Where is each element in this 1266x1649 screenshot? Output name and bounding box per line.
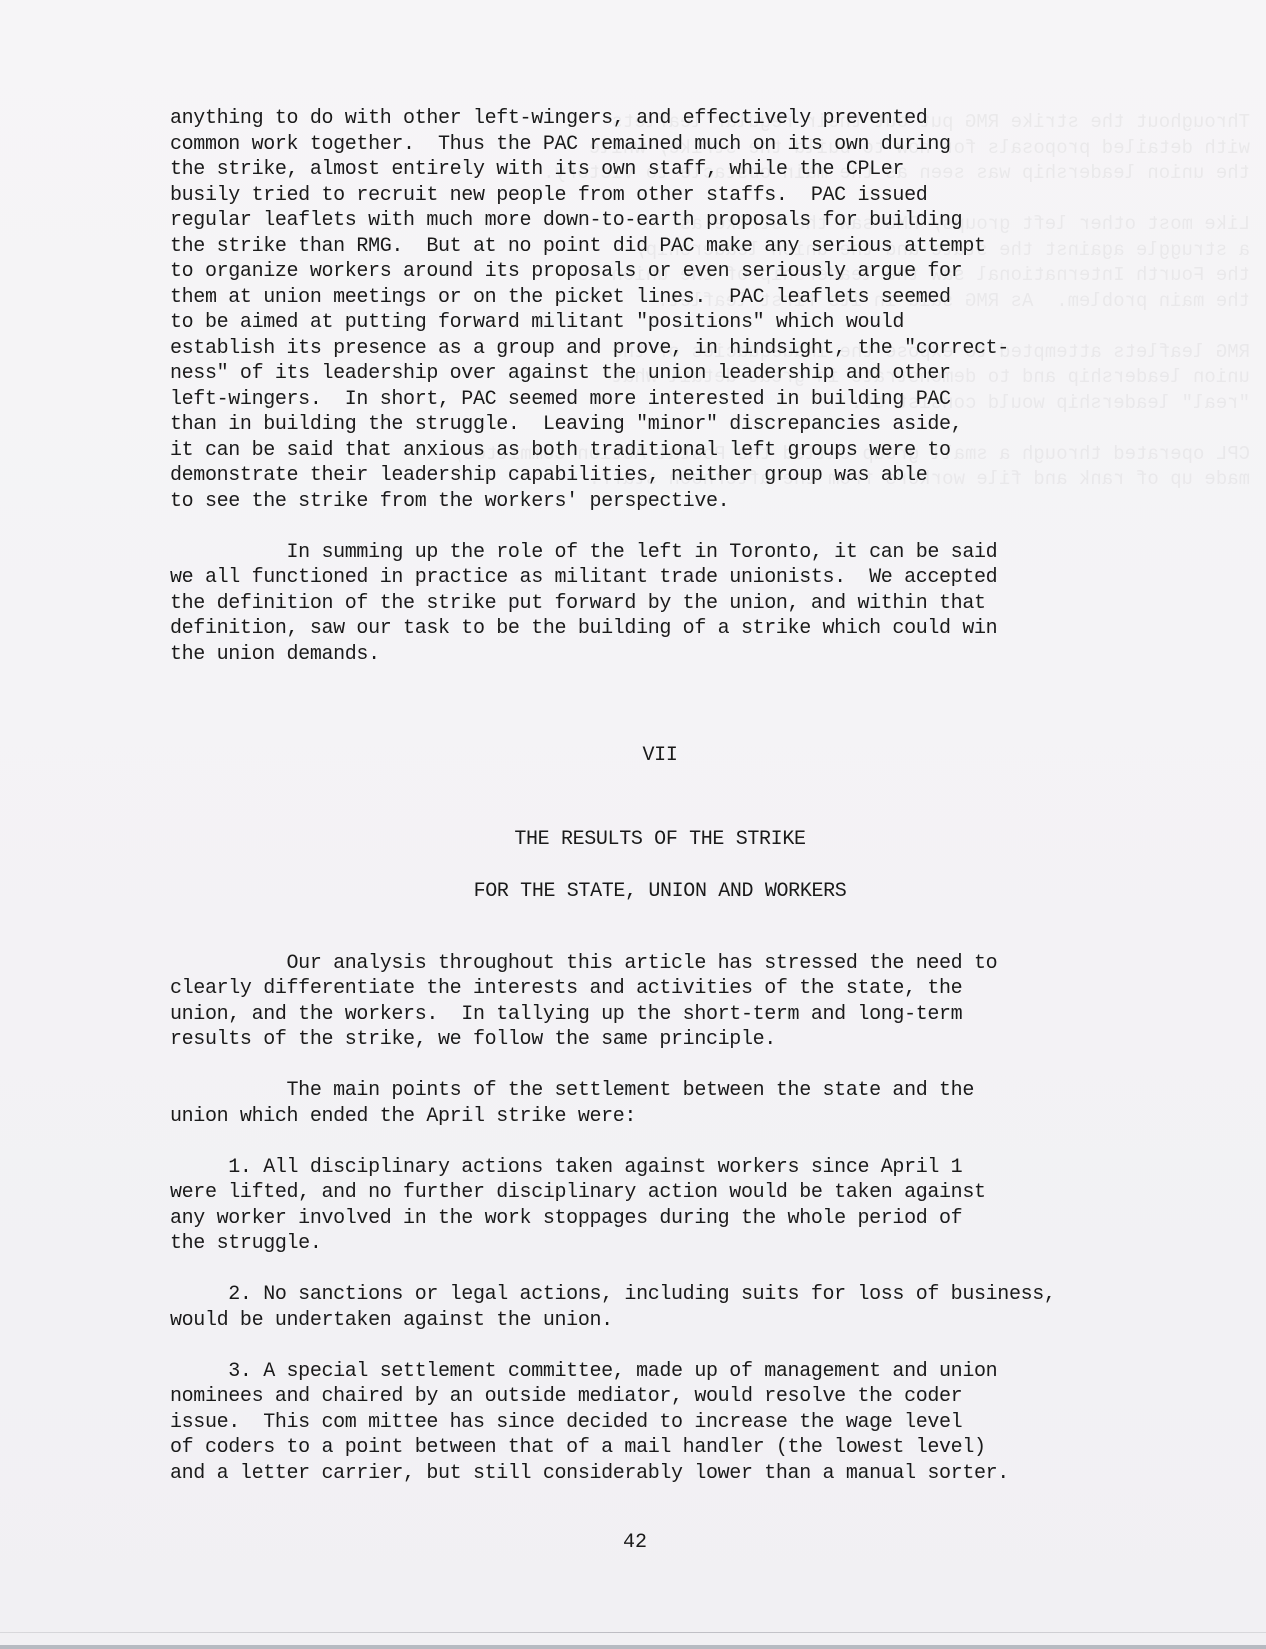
text-line: would be undertaken against the union. xyxy=(170,1308,1170,1334)
text-line: of coders to a point between that of a m… xyxy=(170,1435,1170,1461)
text-line: union, and the workers. In tallying up t… xyxy=(170,1002,1170,1028)
text-line: 3. A special settlement committee, made … xyxy=(170,1359,1170,1385)
paragraph-summing-up: In summing up the role of the left in To… xyxy=(170,540,1170,668)
text-line: the definition of the strike put forward… xyxy=(170,591,1170,617)
text-line: 2. No sanctions or legal actions, includ… xyxy=(170,1282,1170,1308)
section-title: THE RESULTS OF THE STRIKE xyxy=(170,827,1150,853)
settlement-point-3: 3. A special settlement committee, made … xyxy=(170,1359,1170,1487)
text-line: The main points of the settlement betwee… xyxy=(170,1078,1170,1104)
scan-bottom-edge xyxy=(0,1645,1266,1649)
text-line: than in building the struggle. Leaving "… xyxy=(170,412,1170,438)
text-line: and a letter carrier, but still consider… xyxy=(170,1461,1170,1487)
text-line: nominees and chaired by an outside media… xyxy=(170,1384,1170,1410)
text-line: Our analysis throughout this article has… xyxy=(170,951,1170,977)
text-line: the strike than RMG. But at no point did… xyxy=(170,234,1170,260)
text-line: the union demands. xyxy=(170,642,1170,668)
text-line: establish its presence as a group and pr… xyxy=(170,336,1170,362)
text-line: ness" of its leadership over against the… xyxy=(170,361,1170,387)
text-line: the strike, almost entirely with its own… xyxy=(170,157,1170,183)
text-line: 1. All disciplinary actions taken agains… xyxy=(170,1155,1170,1181)
text-line: to see the strike from the workers' pers… xyxy=(170,489,1170,515)
text-line: anything to do with other left-wingers, … xyxy=(170,106,1170,132)
document-body: anything to do with other left-wingers, … xyxy=(170,106,1170,1512)
text-line: to be aimed at putting forward militant … xyxy=(170,310,1170,336)
text-line: it can be said that anxious as both trad… xyxy=(170,438,1170,464)
page-number: 42 xyxy=(600,1531,670,1554)
paragraph-analysis: Our analysis throughout this article has… xyxy=(170,951,1170,1053)
settlement-point-2: 2. No sanctions or legal actions, includ… xyxy=(170,1282,1170,1333)
text-line: regular leaflets with much more down-to-… xyxy=(170,208,1170,234)
text-line: In summing up the role of the left in To… xyxy=(170,540,1170,566)
text-line: to organize workers around its proposals… xyxy=(170,259,1170,285)
settlement-point-1: 1. All disciplinary actions taken agains… xyxy=(170,1155,1170,1257)
text-line: busily tried to recruit new people from … xyxy=(170,183,1170,209)
text-line: left-wingers. In short, PAC seemed more … xyxy=(170,387,1170,413)
text-line: the struggle. xyxy=(170,1231,1170,1257)
document-page: Throughout the strike RMG put out their … xyxy=(0,0,1266,1649)
paragraph-pac: anything to do with other left-wingers, … xyxy=(170,106,1170,514)
paragraph-settlement-intro: The main points of the settlement betwee… xyxy=(170,1078,1170,1129)
text-line: results of the strike, we follow the sam… xyxy=(170,1027,1170,1053)
text-line: them at union meetings or on the picket … xyxy=(170,285,1170,311)
text-line: we all functioned in practice as militan… xyxy=(170,565,1170,591)
text-line: were lifted, and no further disciplinary… xyxy=(170,1180,1170,1206)
text-line: union which ended the April strike were: xyxy=(170,1104,1170,1130)
scan-edge-line xyxy=(0,1632,1266,1633)
text-line: clearly differentiate the interests and … xyxy=(170,976,1170,1002)
text-line: definition, saw our task to be the build… xyxy=(170,616,1170,642)
text-line: common work together. Thus the PAC remai… xyxy=(170,132,1170,158)
text-line: issue. This com mittee has since decided… xyxy=(170,1410,1170,1436)
section-number: VII xyxy=(170,743,1150,769)
text-line: demonstrate their leadership capabilitie… xyxy=(170,463,1170,489)
section-subtitle: FOR THE STATE, UNION AND WORKERS xyxy=(170,879,1150,905)
text-line: any worker involved in the work stoppage… xyxy=(170,1206,1170,1232)
